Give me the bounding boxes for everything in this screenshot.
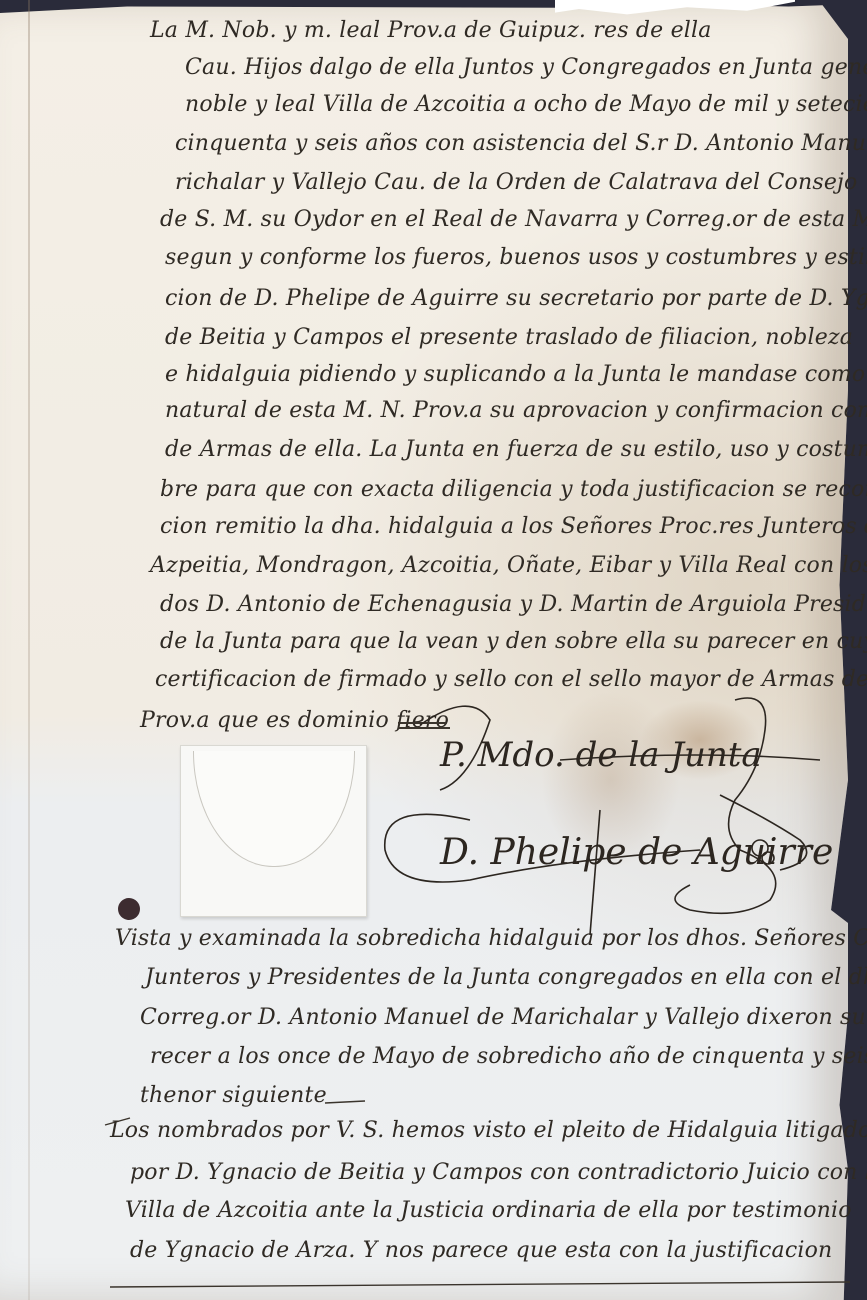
text-line: natural de esta M. N. Prov.a su aprovaci…: [165, 398, 867, 423]
text-line: Azpeitia, Mondragon, Azcoitia, Oñate, Ei…: [150, 553, 867, 578]
text-line: segun y conforme los fueros, buenos usos…: [165, 245, 867, 270]
ink-blot: [118, 898, 140, 920]
text-line: Cau. Hijos dalgo de ella Juntos y Congre…: [185, 55, 867, 80]
text-line: thenor siguiente: [140, 1083, 327, 1108]
paper-seal-envelope: [180, 745, 367, 917]
text-line: Vista y examinada la sobredicha hidalgui…: [115, 926, 867, 951]
line-filler-rule: [398, 727, 450, 729]
text-line: cion de D. Phelipe de Aguirre su secreta…: [165, 286, 867, 311]
text-line: Junteros y Presidentes de la Junta congr…: [145, 965, 867, 990]
line-filler-rule: [398, 722, 446, 724]
text-line: recer a los once de Mayo de sobredicho a…: [150, 1044, 867, 1069]
text-line: de Armas de ella. La Junta en fuerza de …: [165, 437, 867, 462]
text-line: noble y leal Villa de Azcoitia a ocho de…: [185, 92, 867, 117]
text-line: e hidalguia pidiendo y suplicando a la J…: [165, 362, 867, 387]
text-line: certificacion de firmado y sello con el …: [155, 667, 867, 692]
text-line: La M. Nob. y m. leal Prov.a de Guipuz. r…: [150, 18, 712, 43]
text-line: Los nombrados por V. S. hemos visto el p…: [110, 1118, 867, 1143]
text-line: dos D. Antonio de Echenagusia y D. Marti…: [160, 592, 867, 617]
text-line: por D. Ygnacio de Beitia y Campos con co…: [130, 1160, 867, 1185]
signature-line-1: P. Mdo. de la Junta: [440, 735, 762, 775]
text-line: de la Junta para que la vean y den sobre…: [160, 629, 867, 654]
text-line: Villa de Azcoitia ante la Justicia ordin…: [125, 1198, 852, 1223]
text-line: bre para que con exacta diligencia y tod…: [160, 477, 867, 502]
text-line: Correg.or D. Antonio Manuel de Marichala…: [140, 1005, 867, 1030]
text-line: Prov.a que es dominio fiero: [140, 708, 449, 733]
text-line: cion remitio la dha. hidalguia a los Señ…: [160, 514, 867, 539]
text-line: de Ygnacio de Arza. Y nos parece que est…: [130, 1238, 832, 1263]
text-line: de Beitia y Campos el presente traslado …: [165, 325, 853, 350]
envelope-flap: [193, 751, 355, 867]
signature-aguirre: D. Phelipe de Aguirre: [440, 832, 833, 873]
page-fold-line: [28, 0, 30, 1300]
text-line: de S. M. su Oydor en el Real de Navarra …: [160, 207, 867, 232]
text-line: cinquenta y seis años con asistencia del…: [175, 131, 867, 156]
text-line: richalar y Vallejo Cau. de la Orden de C…: [175, 170, 858, 195]
